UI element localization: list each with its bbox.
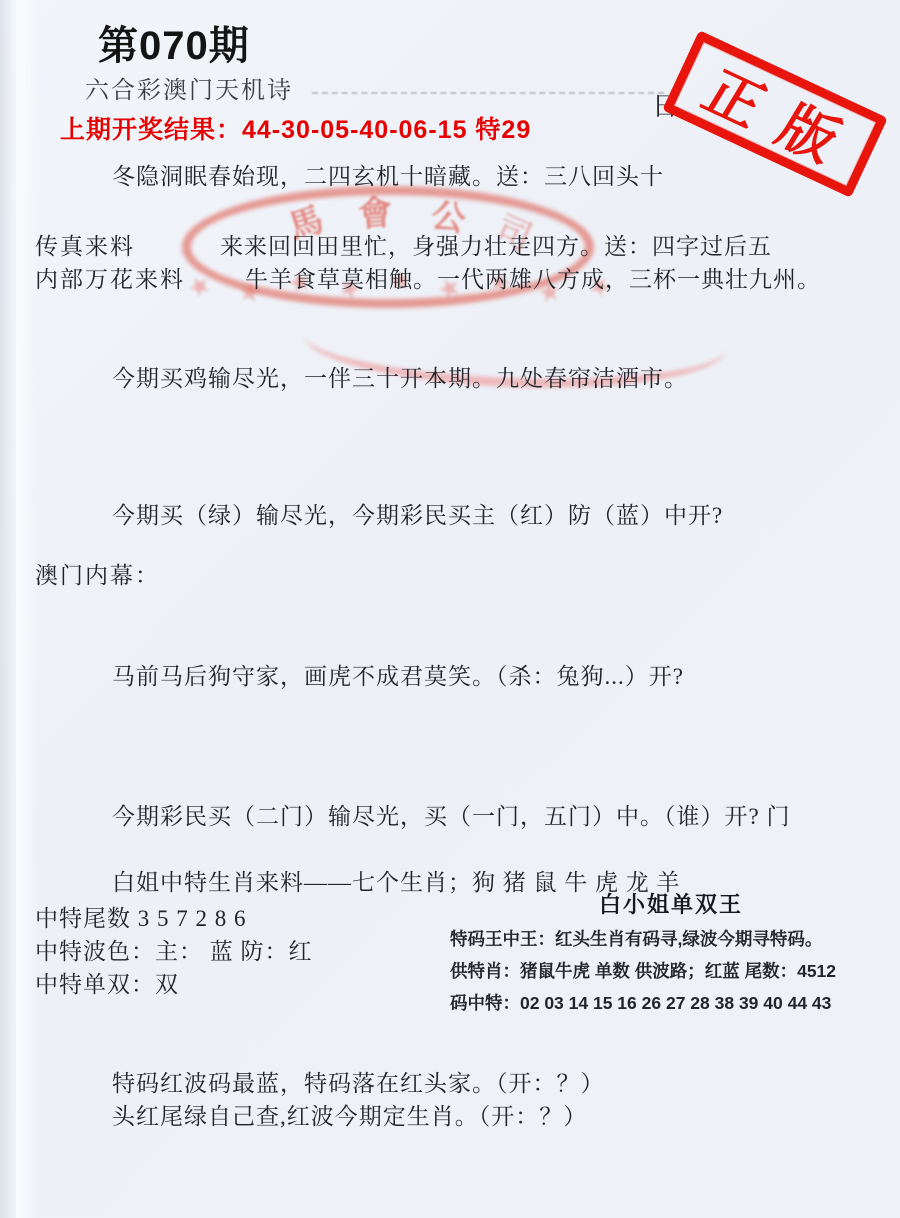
authentic-stamp-label: 正版 <box>670 40 880 188</box>
poem-line-1: 冬隐洞眠春始现，二四玄机十暗藏。送：三八回头十 <box>112 158 664 191</box>
insider-poem-line: 马前马后狗守家，画虎不成君莫笑。（杀：兔狗...）开? <box>112 658 684 691</box>
internal-label: 内部万花来料 <box>35 261 185 294</box>
bottom-poem-line-1: 特码红波码最蓝，特码落在红头家。（开：？） <box>112 1065 605 1098</box>
lottery-tip-sheet: 第070期 六合彩澳门天机诗 日 上期开奖结果：44-30-05-40-06-1… <box>0 0 900 1218</box>
last-draw-result: 上期开奖结果：44-30-05-40-06-15 特29 <box>60 110 531 146</box>
special-tail-numbers: 中特尾数 3 5 7 2 8 6 <box>35 900 247 933</box>
page-left-shadow <box>0 0 14 1218</box>
doors-poem-line: 今期彩民买（二门）输尽光，买（一门，五门）中。（谁）开? 门 <box>112 798 790 831</box>
faint-dashed-line <box>312 92 664 94</box>
special-parity: 中特单双：双 <box>35 966 179 999</box>
page-left-highlight <box>16 0 38 1218</box>
authentic-stamp: 正版 <box>662 30 888 198</box>
king-of-kings-line: 特码王中王：红头生肖有码寻,绿波今期寻特码。 <box>450 926 892 951</box>
macau-insider-label: 澳门内幕： <box>35 557 160 590</box>
fax-poem-line: 来来回回田里忙，身强力壮走四方。送：四字过后五 <box>220 228 772 261</box>
fax-label: 传真来料 <box>35 228 135 261</box>
miss-white-title: 白小姐单双王 <box>450 888 892 919</box>
poem-line-2: 今期买鸡输尽光，一伴三十开本期。九处春帘洁酒市。 <box>112 360 688 393</box>
zodiac-supply-line: 供特肖：猪鼠牛虎 单数 供波路；红蓝 尾数：4512 <box>450 958 892 983</box>
internal-poem-line: 牛羊食草莫相触。一代两雄八方成，三杯一典壮九州。 <box>245 261 821 294</box>
number-hits-line: 码中特：02 03 14 15 16 26 27 28 38 39 40 44 … <box>450 990 892 1015</box>
bottom-poem-line-2: 头红尾绿自己查,红波今期定生肖。（开：？） <box>112 1098 587 1131</box>
miss-white-box: 白小姐单双王 特码王中王：红头生肖有码寻,绿波今期寻特码。 供特肖：猪鼠牛虎 单… <box>450 888 892 1015</box>
page-subtitle: 六合彩澳门天机诗 <box>85 70 293 105</box>
issue-title: 第070期 <box>98 14 250 71</box>
special-wave-color: 中特波色：主： 蓝 防：红 <box>35 933 313 966</box>
poem-line-3: 今期买（绿）输尽光，今期彩民买主（红）防（蓝）中开? <box>112 497 723 530</box>
